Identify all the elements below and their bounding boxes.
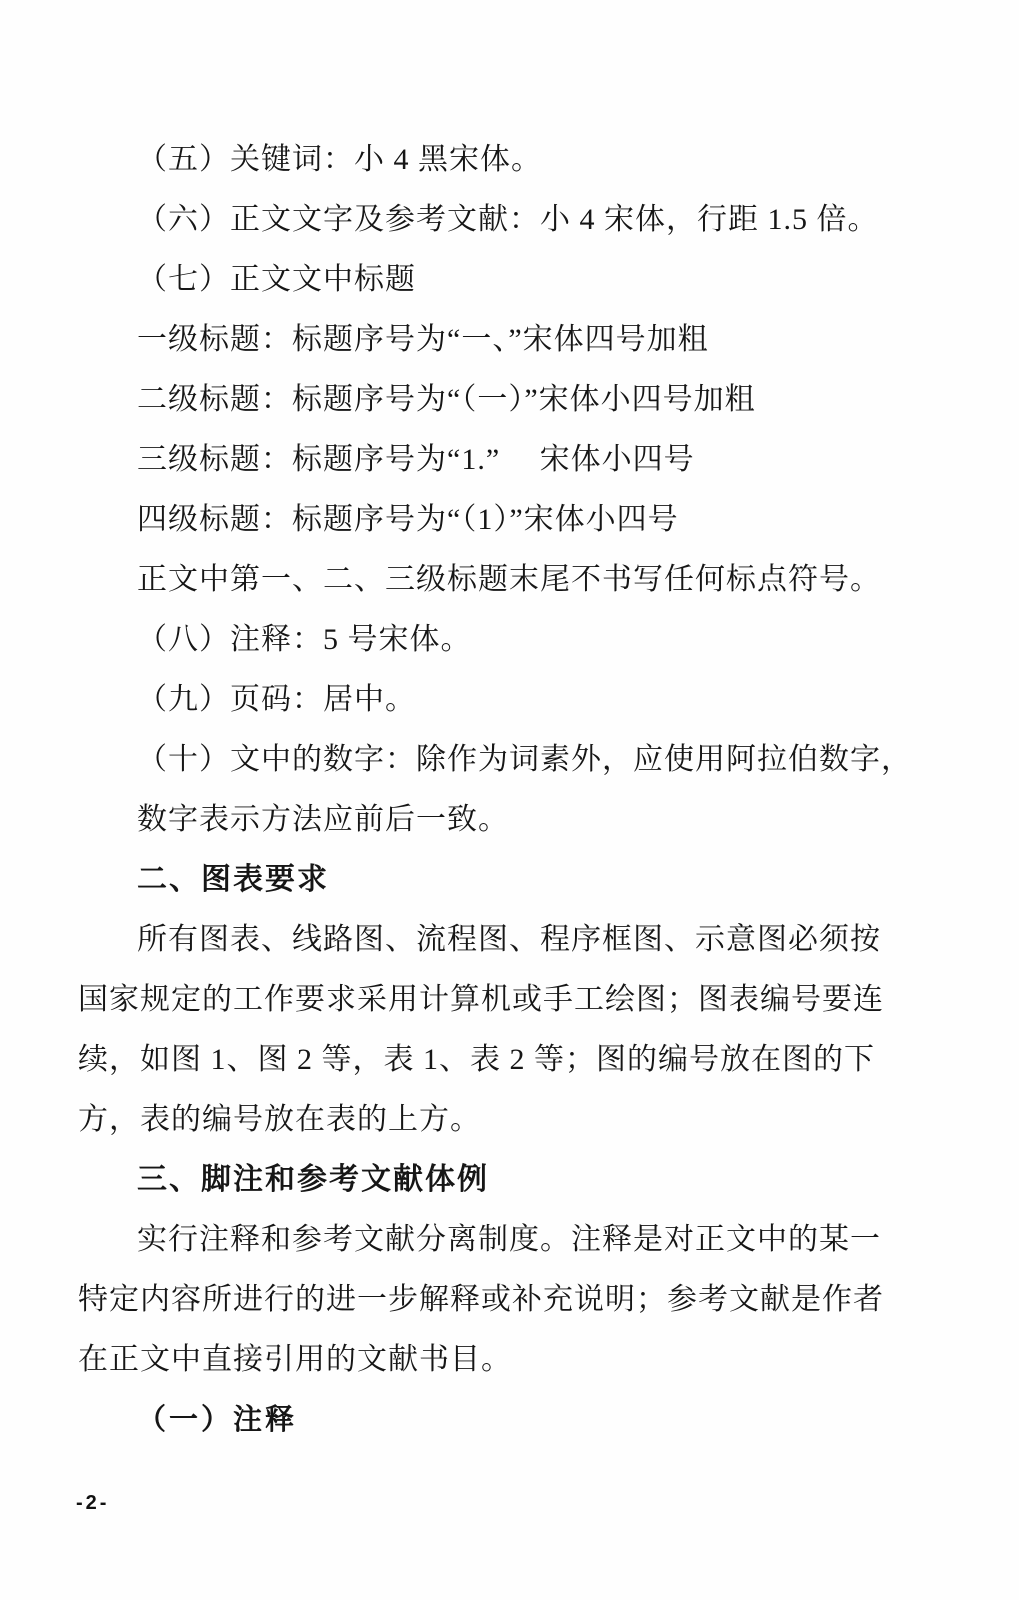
text-line: 所有图表、线路图、流程图、程序框图、示意图必须按 <box>0 910 1019 970</box>
text-line: 二级标题：标题序号为“（一）”宋体小四号加粗 <box>0 370 1019 430</box>
text-line: （八）注释：5 号宋体。 <box>0 610 1019 670</box>
document-body: （五）关键词：小 4 黑宋体。（六）正文文字及参考文献：小 4 宋体，行距 1.… <box>0 130 1019 1450</box>
text-line: 实行注释和参考文献分离制度。注释是对正文中的某一 <box>0 1210 1019 1270</box>
page-number: -2- <box>76 1492 109 1515</box>
text-line: （五）关键词：小 4 黑宋体。 <box>0 130 1019 190</box>
text-line: 续，如图 1、图 2 等，表 1、表 2 等；图的编号放在图的下 <box>0 1030 1019 1090</box>
text-line: （十）文中的数字：除作为词素外，应使用阿拉伯数字， <box>0 730 1019 790</box>
text-line: 二、图表要求 <box>0 850 1019 910</box>
text-line: 三、脚注和参考文献体例 <box>0 1150 1019 1210</box>
text-line: （九）页码：居中。 <box>0 670 1019 730</box>
text-line: （六）正文文字及参考文献：小 4 宋体，行距 1.5 倍。 <box>0 190 1019 250</box>
text-line: （一）注释 <box>0 1390 1019 1450</box>
document-page: （五）关键词：小 4 黑宋体。（六）正文文字及参考文献：小 4 宋体，行距 1.… <box>0 0 1019 1600</box>
text-line: 数字表示方法应前后一致。 <box>0 790 1019 850</box>
text-line: 一级标题：标题序号为“一、”宋体四号加粗 <box>0 310 1019 370</box>
text-line: （七）正文文中标题 <box>0 250 1019 310</box>
text-line: 正文中第一、二、三级标题末尾不书写任何标点符号。 <box>0 550 1019 610</box>
text-line: 在正文中直接引用的文献书目。 <box>0 1330 1019 1390</box>
text-line: 方，表的编号放在表的上方。 <box>0 1090 1019 1150</box>
text-line: 特定内容所进行的进一步解释或补充说明；参考文献是作者 <box>0 1270 1019 1330</box>
text-line: 三级标题：标题序号为“1.” 宋体小四号 <box>0 430 1019 490</box>
text-line: 四级标题：标题序号为“（1）”宋体小四号 <box>0 490 1019 550</box>
text-line: 国家规定的工作要求采用计算机或手工绘图；图表编号要连 <box>0 970 1019 1030</box>
